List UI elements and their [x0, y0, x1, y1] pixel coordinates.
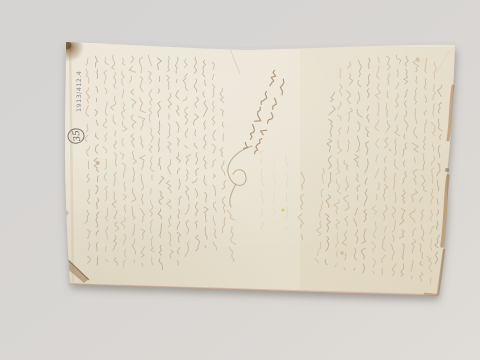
photo-background: 1913/412.4 35: [0, 0, 480, 360]
page-number-text: 35: [72, 129, 84, 142]
archival-stamp: 1913/412.4: [75, 71, 83, 112]
